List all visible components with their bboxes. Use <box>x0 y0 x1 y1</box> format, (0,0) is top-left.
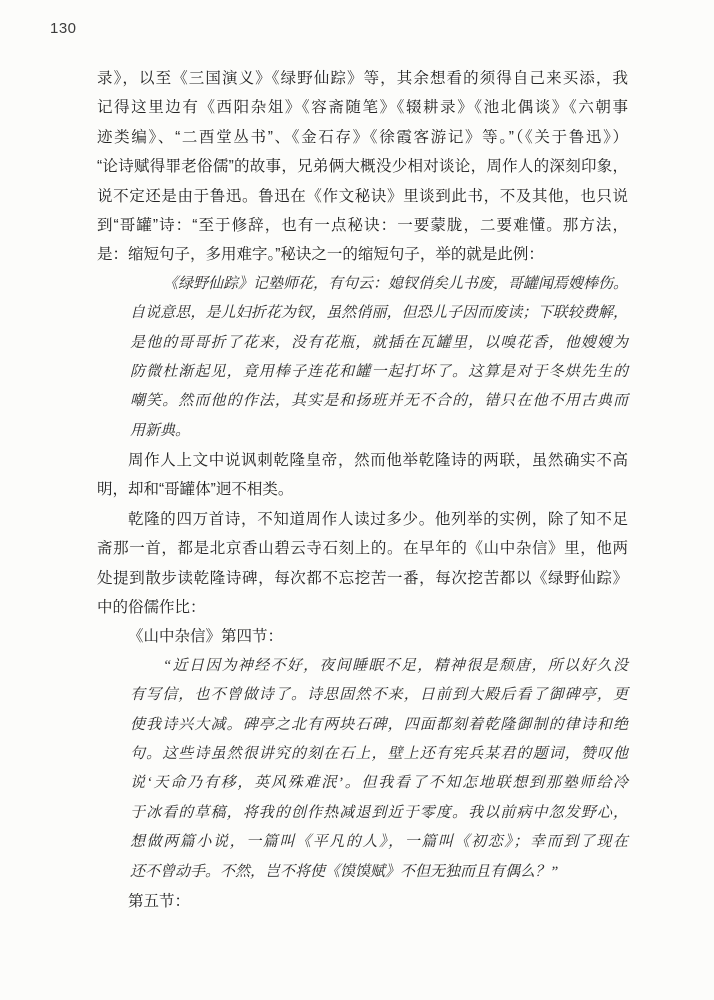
page-number: 130 <box>50 20 77 37</box>
text-block: 录》，以至《三国演义》《绿野仙踪》等，其余想看的须得自己来买添，我记得这里边有《… <box>97 64 628 916</box>
text-line: 中的俗儒作比： <box>97 593 628 622</box>
text-line: 用新典。 <box>130 417 628 446</box>
text-line: “近日因为神经不好，夜间睡眠不足，精神很是颓唐，所以好久没 <box>130 652 628 681</box>
text-line: 斋那一首，都是北京香山碧云寺石刻上的。在早年的《山中杂信》里，他两 <box>97 534 628 563</box>
text-line: 想做两篇小说，一篇叫《平凡的人》，一篇叫《初恋》；幸而到了现在 <box>130 828 628 857</box>
text-line: 《绿野仙踪》记塾师花，有句云：媳钗俏矣儿书废，哥罐闻焉嫂棒伤。 <box>130 270 628 299</box>
text-line: 还不曾动手。不然，岂不将使《馍馍赋》不但无独而且有偶么？” <box>130 858 628 887</box>
text-line: 使我诗兴大减。碑亭之北有两块石碑，四面都刻着乾隆御制的律诗和绝 <box>130 711 628 740</box>
text-line: 是：缩短句子，多用难字。”秘诀之一的缩短句子，举的就是此例： <box>97 240 628 269</box>
text-line: 是他的哥哥折了花来，没有花瓶，就插在瓦罐里，以嗅花香，他嫂嫂为 <box>130 329 628 358</box>
text-line: 说‘天命乃有移，英风殊难泯’。但我看了不知怎地联想到那塾师给冷 <box>130 769 628 798</box>
text-line: 于冰看的草稿，将我的创作热减退到近于零度。我以前病中忽发野心， <box>130 799 628 828</box>
text-line: 到“哥罐”诗：“至于修辞，也有一点秘诀：一要蒙胧，二要难懂。那方法， <box>97 211 628 240</box>
text-line: 防微杜渐起见，竟用棒子连花和罐一起打坏了。这算是对于冬烘先生的 <box>130 358 628 387</box>
text-line: 处提到散步读乾隆诗碑，每次都不忘挖苦一番，每次挖苦都以《绿野仙踪》 <box>97 564 628 593</box>
text-line: 自说意思，是儿妇折花为钗，虽然俏丽，但恐儿子因而废读；下联较费解， <box>130 299 628 328</box>
text-line: 第五节： <box>97 887 628 916</box>
text-line: 录》，以至《三国演义》《绿野仙踪》等，其余想看的须得自己来买添，我 <box>97 64 628 93</box>
text-line: 有写信，也不曾做诗了。诗思固然不来，日前到大殿后看了御碑亭，更 <box>130 681 628 710</box>
text-line: 明，却和“哥罐体”迥不相类。 <box>97 475 628 504</box>
text-line: 《山中杂信》第四节： <box>97 622 628 651</box>
text-line: 迹类编》、“二酉堂丛书”、《金石存》《徐霞客游记》等。”（《关于鲁迅》） <box>97 123 628 152</box>
text-line: 记得这里边有《西阳杂俎》《容斋随笔》《辍耕录》《池北偶谈》《六朝事 <box>97 93 628 122</box>
text-line: 句。这些诗虽然很讲究的刻在石上，壁上还有宪兵某君的题词，赞叹他 <box>130 740 628 769</box>
text-line: 说不定还是由于鲁迅。鲁迅在《作文秘诀》里谈到此书，不及其他，也只说 <box>97 182 628 211</box>
text-line: 嘲笑。然而他的作法，其实是和扬班并无不合的，错只在他不用古典而 <box>130 387 628 416</box>
text-line: “论诗赋得罪老俗儒”的故事，兄弟俩大概没少相对谈论，周作人的深刻印象， <box>97 152 628 181</box>
book-page: 130 录》，以至《三国演义》《绿野仙踪》等，其余想看的须得自己来买添，我记得这… <box>0 0 714 1000</box>
text-line: 乾隆的四万首诗，不知道周作人读过多少。他列举的实例，除了知不足 <box>97 505 628 534</box>
text-line: 周作人上文中说讽刺乾隆皇帝，然而他举乾隆诗的两联，虽然确实不高 <box>97 446 628 475</box>
